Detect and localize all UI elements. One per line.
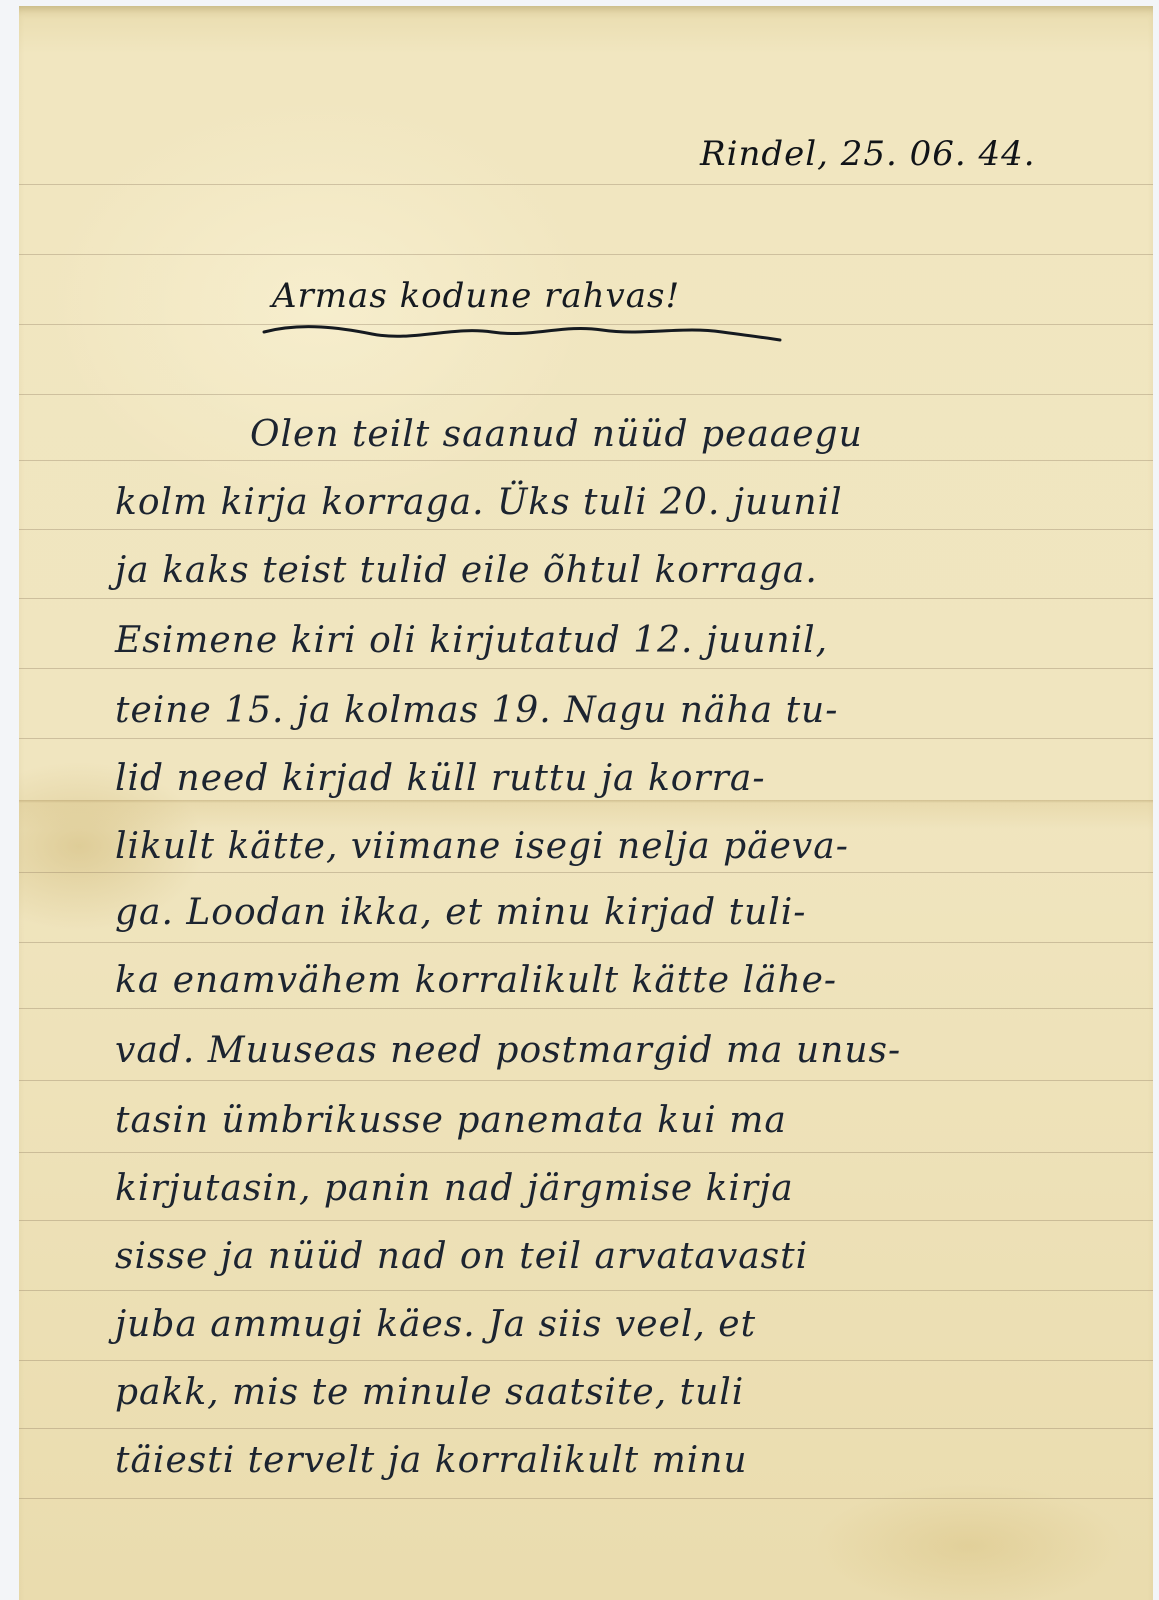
ruled-line — [19, 1360, 1153, 1361]
ruled-line — [19, 1428, 1153, 1429]
ruled-line — [19, 738, 1153, 739]
greeting: Armas kodune rahvas! — [272, 276, 680, 316]
ruled-line — [19, 942, 1153, 943]
ruled-line — [19, 529, 1153, 530]
ruled-line — [19, 872, 1153, 873]
ruled-line — [19, 1008, 1153, 1009]
letter-line: pakk, mis te minule saatsite, tuli — [115, 1372, 1075, 1413]
letter-line: tasin ümbrikusse panemata kui ma — [115, 1100, 1075, 1141]
ruled-line — [19, 254, 1153, 255]
letter-line: täiesti tervelt ja korralikult minu — [115, 1440, 1075, 1481]
letter-line: sisse ja nüüd nad on teil arvatavasti — [115, 1236, 1075, 1277]
letter-line: ka enamvähem korralikult kätte lähe- — [115, 960, 1075, 1001]
ruled-line — [19, 184, 1153, 185]
letter-line: teine 15. ja kolmas 19. Nagu näha tu- — [115, 690, 1075, 731]
ruled-line — [19, 1220, 1153, 1221]
wavy-underline — [262, 322, 782, 342]
ruled-line — [19, 1080, 1153, 1081]
letter-line: ga. Loodan ikka, et minu kirjad tuli- — [115, 892, 1075, 933]
letter-line: kirjutasin, panin nad järgmise kirja — [115, 1168, 1075, 1209]
ruled-line — [19, 668, 1153, 669]
letter-line: Olen teilt saanud nüüd peaaegu — [250, 414, 1090, 455]
letter-line: kolm kirja korraga. Üks tuli 20. juunil — [115, 482, 1075, 523]
letter-line: Esimene kiri oli kirjutatud 12. juunil, — [115, 620, 1075, 661]
letter-line: lid need kirjad küll ruttu ja korra- — [115, 758, 1075, 799]
ruled-line — [19, 1152, 1153, 1153]
ruled-line — [19, 1498, 1153, 1499]
letter-line: ja kaks teist tulid eile õhtul korraga. — [115, 550, 1075, 591]
ruled-line — [19, 460, 1153, 461]
letter-line: juba ammugi käes. Ja siis veel, et — [115, 1304, 1075, 1345]
ruled-line — [19, 598, 1153, 599]
ruled-line — [19, 394, 1153, 395]
letter-line: vad. Muuseas need postmargid ma unus- — [115, 1030, 1075, 1071]
ruled-line — [19, 1290, 1153, 1291]
place-date: Rindel, 25. 06. 44. — [700, 134, 1036, 174]
letter-line: likult kätte, viimane isegi nelja päeva- — [115, 826, 1075, 867]
